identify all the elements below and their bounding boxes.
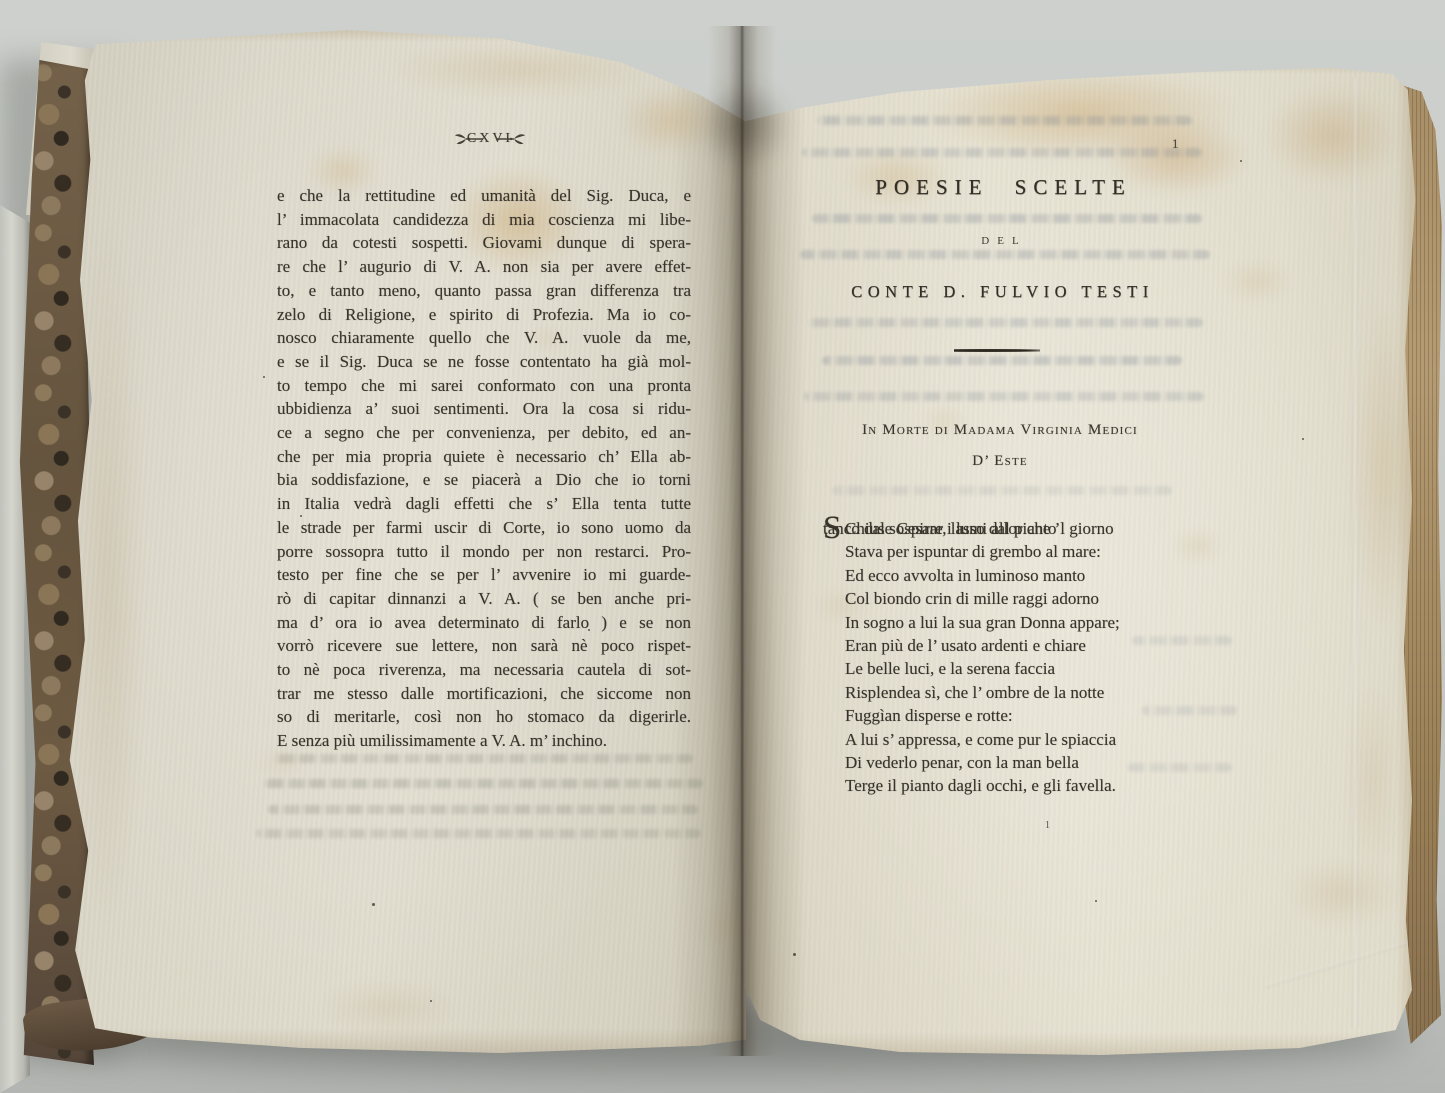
body-text-line: e che la rettitudine ed umanità del Sig.… bbox=[277, 184, 691, 208]
book-title: POESIE SCELTE bbox=[750, 175, 1250, 200]
body-text-line: che per mia propria quiete è necessario … bbox=[277, 445, 691, 469]
body-text-line: re che l’ augurio di V. A. non sia per a… bbox=[277, 255, 691, 279]
body-text-line: to, e tanto meno, quanto passa gran diff… bbox=[277, 279, 691, 303]
body-text-line: in Italia vedrà dagli effetti che s’ Ell… bbox=[277, 492, 691, 516]
poem-line: Ed ecco avvolta in luminoso manto bbox=[845, 564, 1185, 587]
body-text-line: porre sossopra tutto il mondo per non re… bbox=[277, 540, 691, 564]
body-text-line: ce a segno che per convenienza, per debi… bbox=[277, 421, 691, 445]
body-text-line: testo per fine che se per l’ avvenire io… bbox=[277, 563, 691, 587]
poem-line: Fuggìan disperse e rotte: bbox=[845, 704, 1185, 727]
show-through-text bbox=[812, 214, 1202, 223]
poem-line: Col biondo crin di mille raggi adorno bbox=[845, 587, 1185, 610]
show-through-text bbox=[800, 250, 1210, 259]
show-through-text bbox=[808, 318, 1203, 327]
signature-mark: 1 bbox=[1045, 820, 1050, 831]
fleuron-right-icon bbox=[496, 132, 526, 146]
body-text-line: rano da cotesti sospetti. Giovami dunque… bbox=[277, 231, 691, 255]
foxing-stain bbox=[1342, 678, 1402, 878]
body-text-line: e se il Sig. Duca se ne fosse contentato… bbox=[277, 350, 691, 374]
body-text-line: vorrò ricevere sue lettere, non sarà nè … bbox=[277, 634, 691, 658]
body-text-line: trar me stesso dalle mortificazioni, che… bbox=[277, 682, 691, 706]
page-header: CXVI bbox=[280, 132, 700, 146]
body-text-line: to tempo che mi sarei conformato con una… bbox=[277, 374, 691, 398]
poem-line: Stava per ispuntar di grembo al mare: bbox=[845, 540, 1185, 563]
ink-speck bbox=[263, 376, 265, 378]
show-through-text bbox=[802, 148, 1202, 157]
ink-speck bbox=[1240, 160, 1242, 162]
show-through-text bbox=[822, 356, 1182, 365]
gutter-top-shadow bbox=[700, 80, 790, 170]
body-text-line: to nè poca riverenza, ma necessaria caut… bbox=[277, 658, 691, 682]
foxing-stain bbox=[318, 981, 458, 1033]
poem-heading-line2: D’ Este bbox=[750, 453, 1250, 470]
ink-speck bbox=[1302, 438, 1304, 440]
show-through-text bbox=[832, 486, 1172, 495]
body-text-line: ubbidienza a’ suoi sentimenti. Ora la co… bbox=[277, 397, 691, 421]
author-name: CONTE D. FULVIO TESTI bbox=[750, 282, 1250, 302]
body-text-line: so di meritarle, così non ho stomaco da … bbox=[277, 705, 691, 729]
foxing-stain bbox=[388, 44, 648, 96]
poem-line-text: tanco dal sospirar, lasso dal pianto bbox=[823, 517, 1056, 540]
page-crease bbox=[1352, 78, 1358, 1028]
body-text-line: l’ immacolata candidezza di mia coscienz… bbox=[277, 208, 691, 232]
ink-speck bbox=[793, 953, 796, 956]
foxing-stain bbox=[1262, 86, 1402, 186]
body-text-line: rò di capitar dinnanzi a V. A. ( se ben … bbox=[277, 587, 691, 611]
poem-heading-line1: In Morte di Madama Virginia Medici bbox=[750, 422, 1250, 439]
poem-line: In sogno a lui la sua gran Donna appare; bbox=[845, 611, 1185, 634]
show-through-text bbox=[804, 392, 1204, 401]
left-page: CXVI e che la rettitudine ed umanità del… bbox=[58, 26, 746, 1054]
show-through-text bbox=[273, 754, 693, 763]
poem-line: Terge il pianto dagli occhi, e gli favel… bbox=[845, 774, 1185, 797]
body-text-line: ma d’ ora io avea determinato di farlo )… bbox=[277, 611, 691, 635]
gutter-shading bbox=[742, 58, 806, 1058]
body-text-block: e che la rettitudine ed umanità del Sig.… bbox=[277, 184, 691, 753]
body-text-line: E senza più umilissimamente a V. A. m’ i… bbox=[277, 729, 691, 753]
book-photo: CXVI e che la rettitudine ed umanità del… bbox=[0, 0, 1445, 1093]
body-text-line: bia soddisfazione, e se piacerà a Dio ch… bbox=[277, 468, 691, 492]
page-number: 1 bbox=[1172, 136, 1179, 152]
body-text-line: le strade per farmi uscir di Corte, io s… bbox=[277, 516, 691, 540]
poem-line: A lui s’ appressa, e come pur le spiacci… bbox=[845, 728, 1185, 751]
poem-line: Risplendea sì, che l’ ombre de la notte bbox=[845, 681, 1185, 704]
show-through-text bbox=[817, 116, 1192, 125]
headpiece-rule bbox=[954, 349, 1040, 352]
show-through-text bbox=[263, 779, 703, 788]
ink-speck bbox=[430, 1000, 432, 1002]
show-through-text bbox=[268, 805, 698, 814]
show-through-text bbox=[256, 829, 701, 838]
body-text-line: zelo di Religione, e spirito di Profezia… bbox=[277, 303, 691, 327]
page-edge-toning bbox=[742, 58, 1418, 74]
page-edge-toning bbox=[58, 26, 746, 42]
poem-line: Le belle luci, e la serena faccia bbox=[845, 657, 1185, 680]
ink-speck bbox=[372, 903, 375, 906]
poem-block: Stanco dal sospirar, lasso dal pianto Ch… bbox=[845, 517, 1185, 798]
ink-speck bbox=[1095, 900, 1097, 902]
right-page: 1 POESIE SCELTE DEL CONTE D. FULVIO TEST… bbox=[742, 58, 1418, 1058]
title-del-line: DEL bbox=[750, 235, 1250, 247]
body-text-line: nosco chiaramente quello che V. A. vuole… bbox=[277, 326, 691, 350]
poem-line: Eran più de l’ usato ardenti e chiare bbox=[845, 634, 1185, 657]
page-crease bbox=[1265, 941, 1409, 988]
poem-line: Di vederlo penar, con la man bella bbox=[845, 751, 1185, 774]
